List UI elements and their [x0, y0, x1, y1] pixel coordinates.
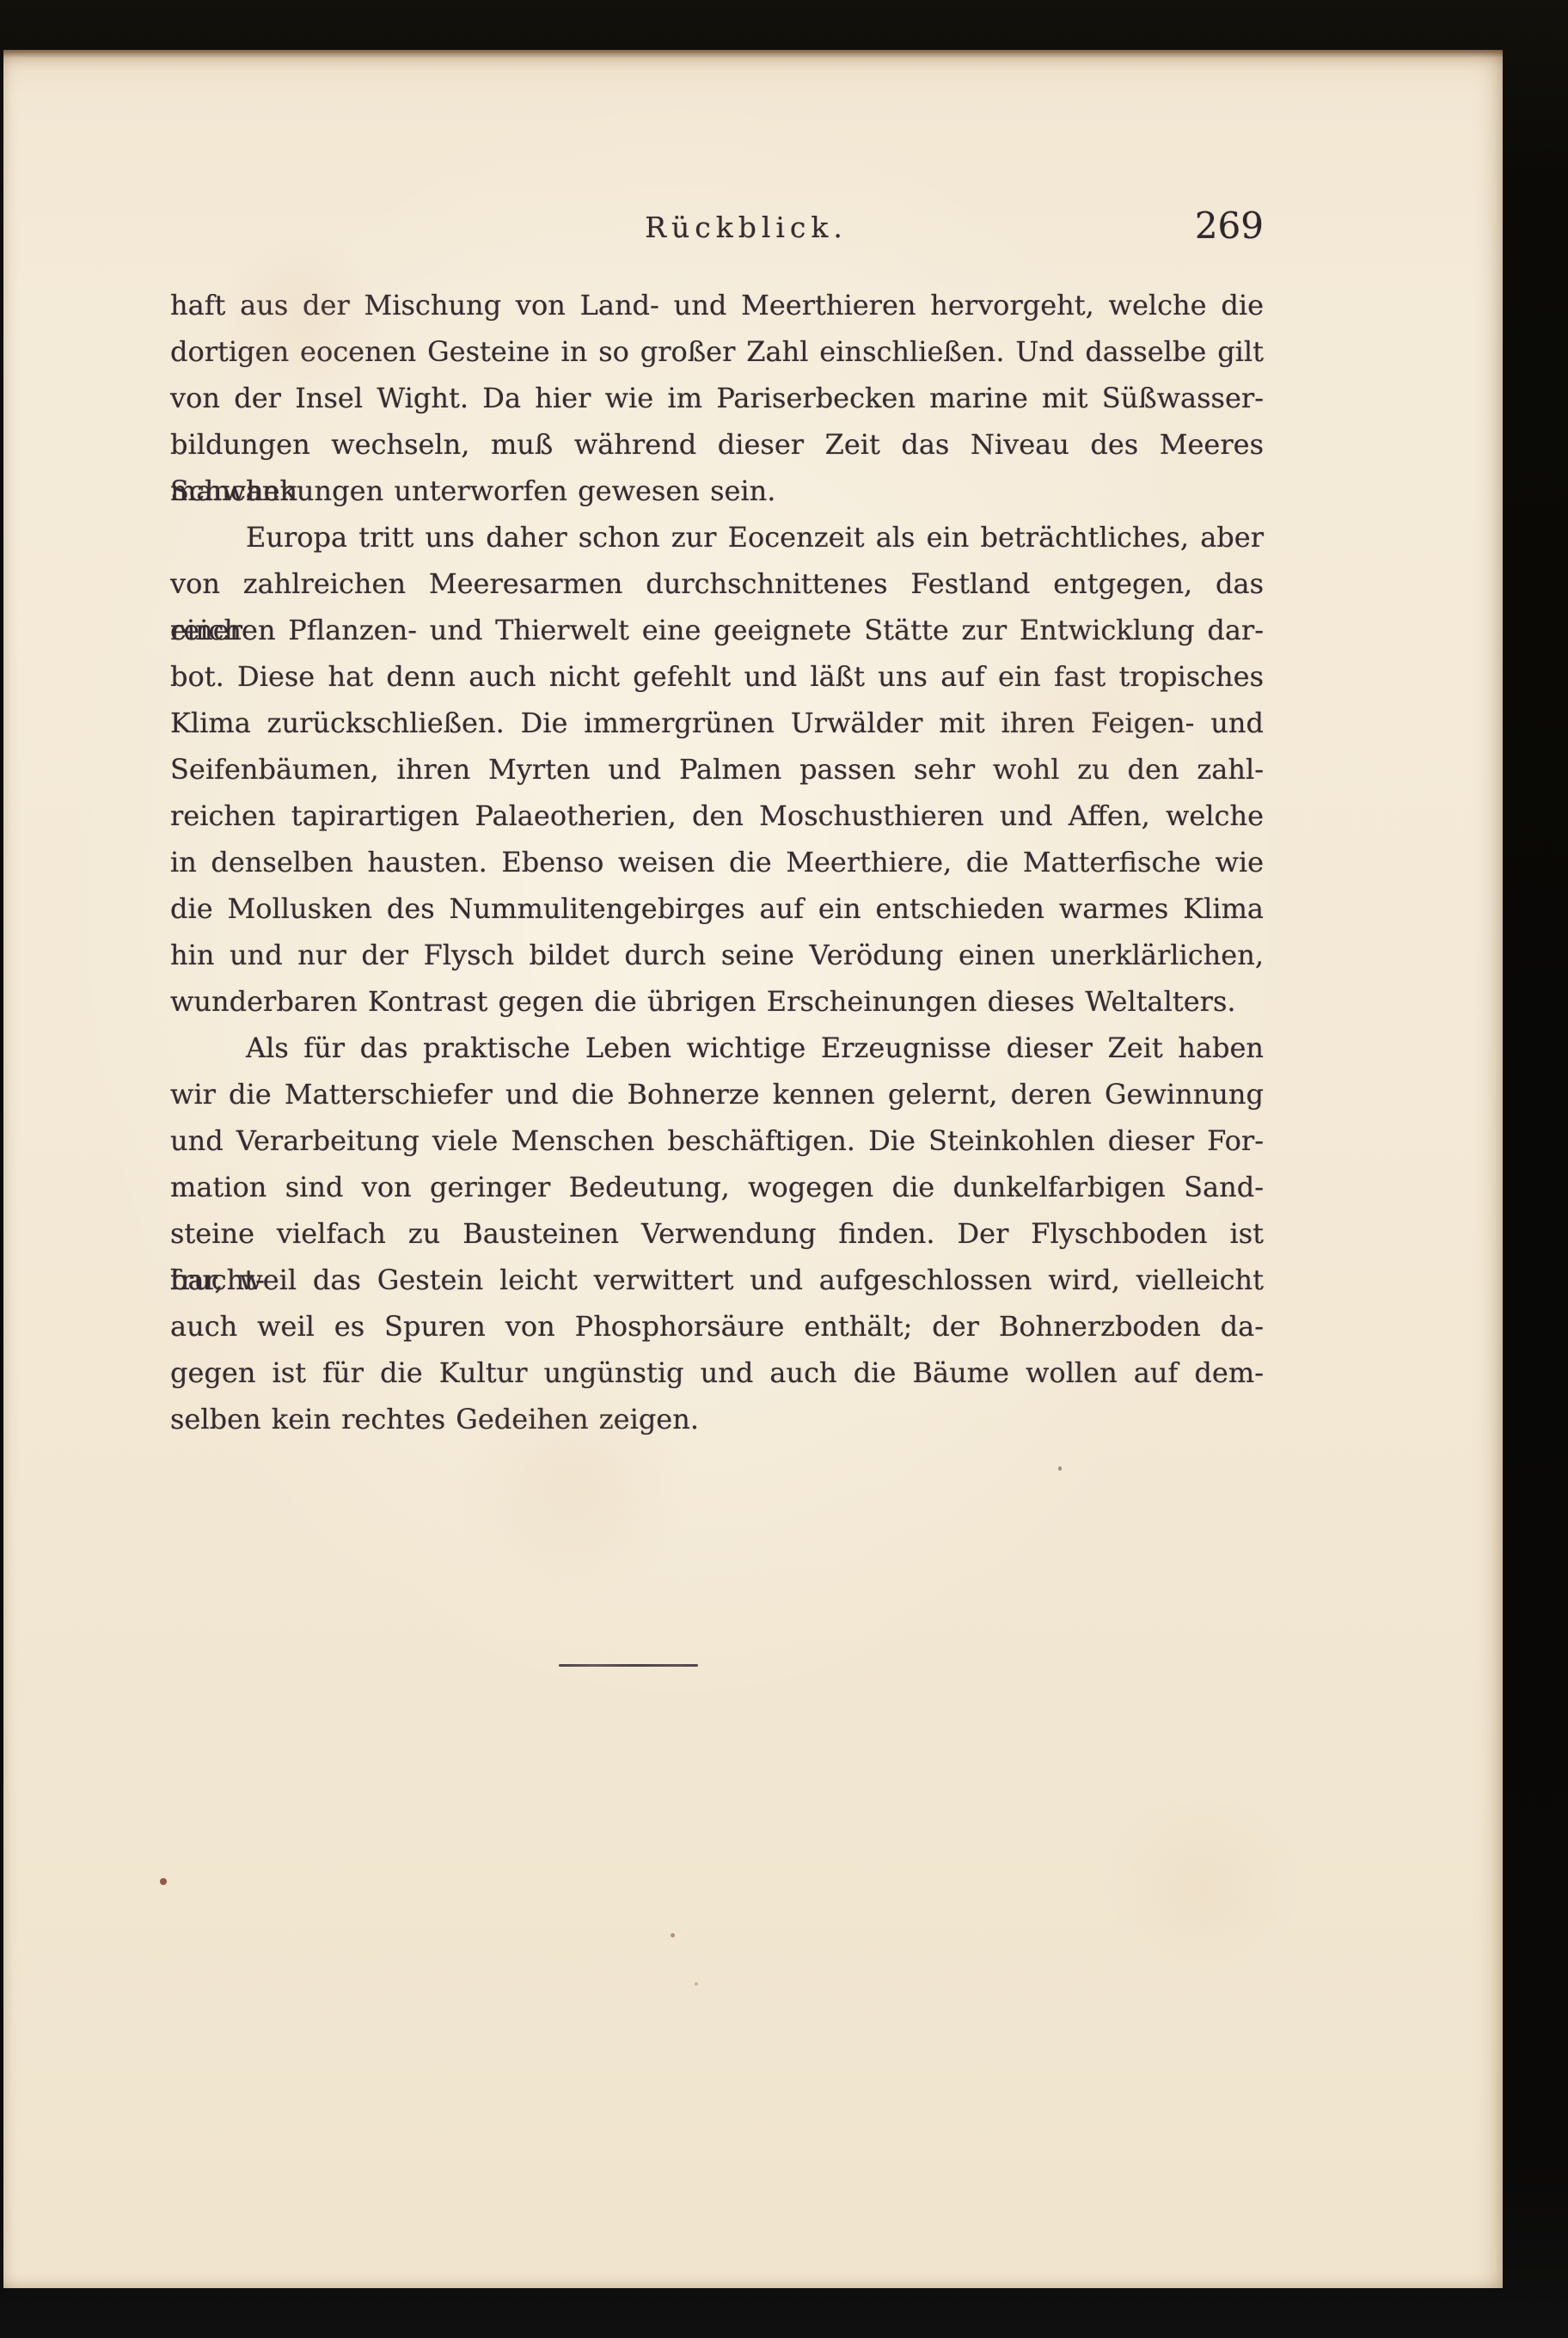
text-line: bildungen wechseln, muß während dieser Z…: [170, 421, 1264, 468]
text-line: von zahlreichen Meeresarmen durchschnitt…: [170, 560, 1264, 607]
text-line: Klima zurückschließen. Die immergrünen U…: [170, 700, 1264, 746]
text-line: hin und nur der Flysch bildet durch sein…: [170, 932, 1264, 978]
paper-speck: [1058, 1466, 1062, 1471]
text-line: auch weil es Spuren von Phosphorsäure en…: [170, 1303, 1264, 1350]
text-line: Seifenbäumen, ihren Myrten und Palmen pa…: [170, 746, 1264, 793]
text-line: reichen tapirartigen Palaeotherien, den …: [170, 793, 1264, 839]
text-line: wunderbaren Kontrast gegen die übrigen E…: [170, 978, 1264, 1025]
text-line: mation sind von geringer Bedeutung, woge…: [170, 1164, 1264, 1210]
text-line: haft aus der Mischung von Land- und Meer…: [170, 282, 1264, 328]
text-line: Schwankungen unterworfen gewesen sein.: [170, 468, 1264, 514]
section-divider-rule: [559, 1664, 698, 1667]
text-line: und Verarbeitung viele Menschen beschäft…: [170, 1117, 1264, 1164]
text-line: selben kein rechtes Gedeihen zeigen.: [170, 1396, 1264, 1442]
text-line: reichen Pflanzen- und Thierwelt eine gee…: [170, 607, 1264, 653]
text-line: dortigen eocenen Gesteine in so großer Z…: [170, 328, 1264, 375]
text-line: von der Insel Wight. Da hier wie im Pari…: [170, 375, 1264, 421]
book-page: Rückblick. 269 haft aus der Mischung von…: [3, 50, 1503, 2288]
running-header-title: Rückblick.: [199, 205, 1293, 251]
body-text: haft aus der Mischung von Land- und Meer…: [170, 282, 1264, 1442]
text-line: bar, weil das Gestein leicht verwittert …: [170, 1257, 1264, 1303]
text-line: wir die Matterschiefer und die Bohnerze …: [170, 1071, 1264, 1117]
page-number: 269: [1195, 203, 1264, 249]
text-column: Rückblick. 269 haft aus der Mischung von…: [170, 50, 1264, 2288]
red-ink-speck: [160, 1878, 167, 1885]
text-line: steine vielfach zu Bausteinen Verwendung…: [170, 1210, 1264, 1257]
text-line: in denselben hausten. Ebenso weisen die …: [170, 839, 1264, 885]
text-line: die Mollusken des Nummulitengebirges auf…: [170, 885, 1264, 932]
text-line: Europa tritt uns daher schon zur Eocenze…: [170, 514, 1264, 560]
paper-speck: [671, 1933, 675, 1937]
text-line: bot. Diese hat denn auch nicht gefehlt u…: [170, 653, 1264, 700]
text-line: Als für das praktische Leben wichtige Er…: [170, 1025, 1264, 1071]
text-line: gegen ist für die Kultur ungünstig und a…: [170, 1350, 1264, 1396]
paper-speck: [695, 1982, 698, 1986]
